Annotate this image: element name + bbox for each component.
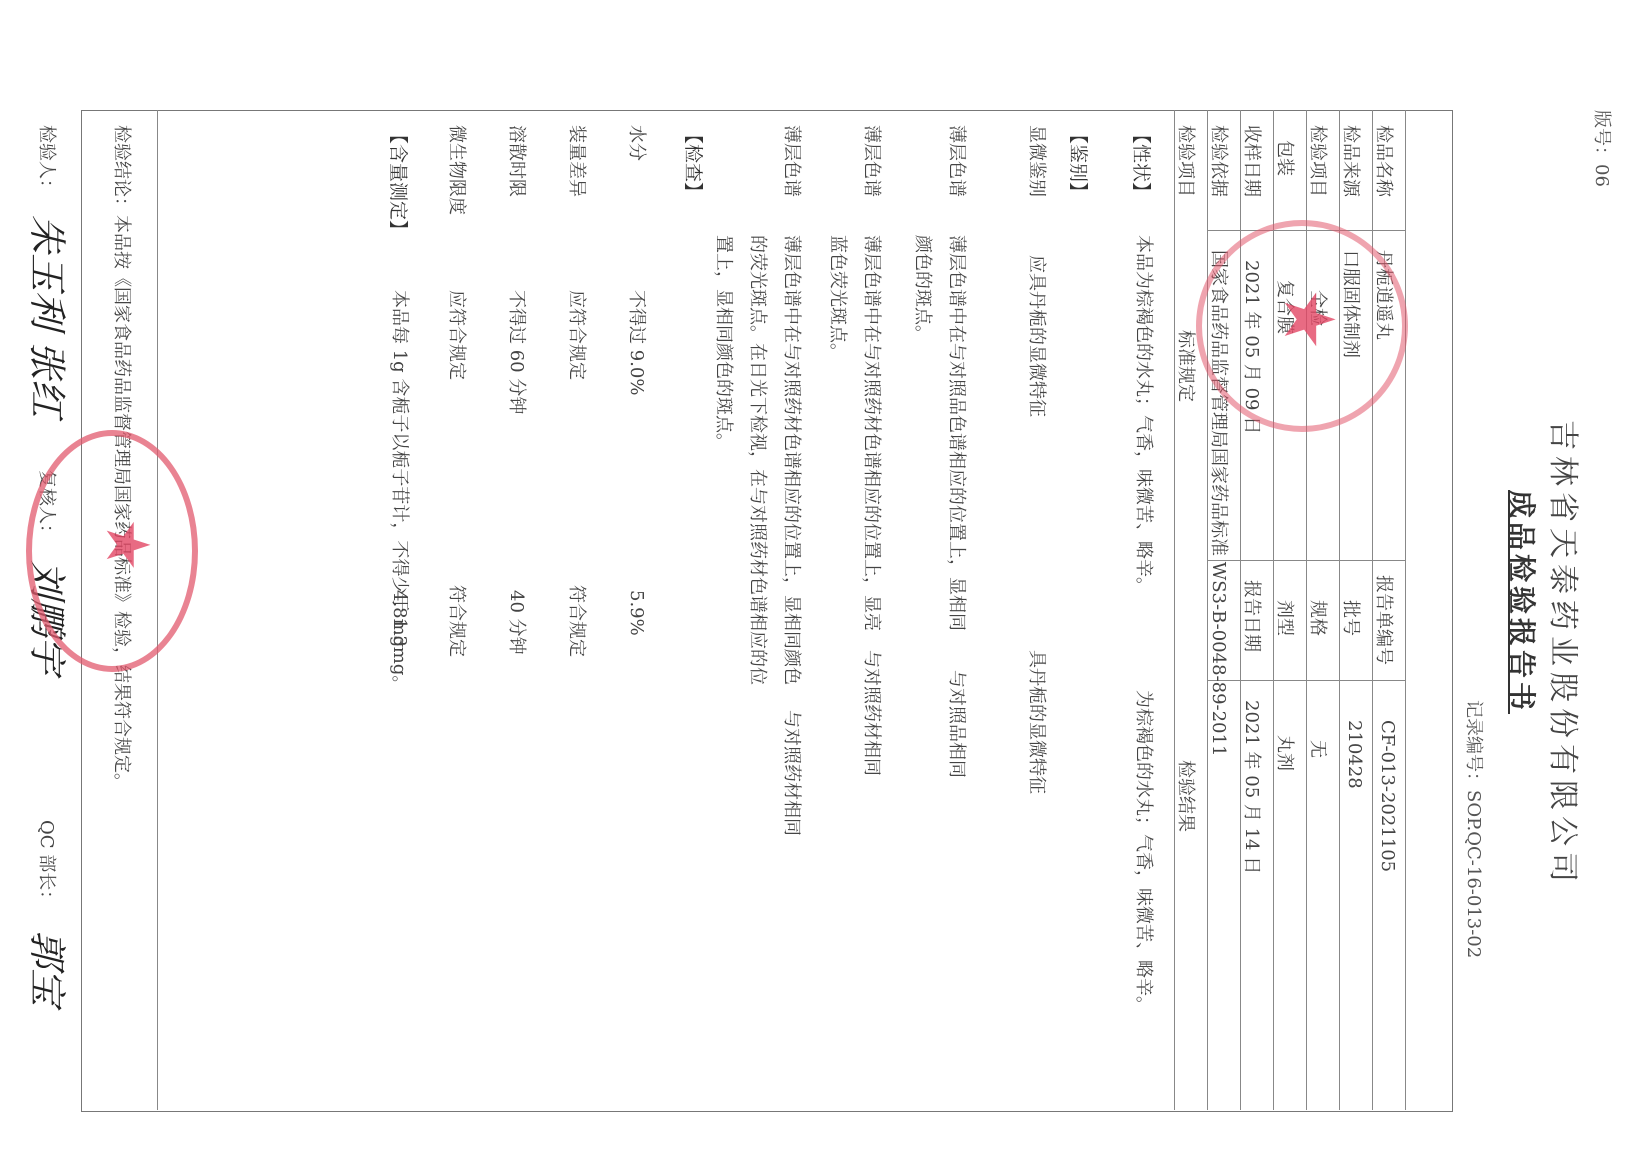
standard-moisture: 不得过 9.0%	[619, 290, 653, 395]
qc-head-label: QC 部长：	[29, 820, 63, 908]
item-microscopic: 显微鉴别	[1019, 125, 1053, 197]
qc-department-stamp: ★	[26, 430, 198, 672]
report-page: 版号：06 吉林省天泰药业股份有限公司 成品检验报告书 记录编号：SOP.QC-…	[0, 0, 1638, 1158]
value-spec: 无	[1306, 740, 1332, 758]
label-batch: 批号	[1339, 600, 1365, 636]
qc-head-signature: 郭宝	[23, 930, 78, 1006]
item-weight-variation: 装量差异	[559, 125, 593, 197]
standard-tlc-2: 薄层色谱中在与对照药材色谱相应的位置上，显亮蓝色荧光斑点。	[820, 235, 888, 645]
label-dosage-form: 剂型	[1273, 600, 1299, 636]
report-title: 成品检验报告书	[1503, 490, 1543, 714]
section-assay: 【含量测定】	[386, 125, 413, 239]
label-package: 包装	[1273, 140, 1299, 176]
value-report-no: CF-013-2021105	[1377, 720, 1398, 872]
inspector-signature: 朱玉利 张红	[23, 215, 78, 417]
result-tlc-2: 与对照药材相同	[854, 650, 888, 776]
standard-weight-variation: 应符合规定	[559, 290, 593, 380]
label-report-date: 报告日期	[1240, 580, 1266, 652]
standard-microbial: 应符合规定	[439, 290, 473, 380]
label-receive-date: 收样日期	[1240, 125, 1266, 197]
result-appearance: 为棕褐色的水丸；气香，味微苦、略辛。	[1126, 690, 1160, 1090]
label-spec: 规格	[1306, 600, 1332, 636]
result-weight-variation: 符合规定	[559, 585, 593, 657]
section-inspection: 【检查】	[681, 125, 708, 201]
value-batch: 210428	[1344, 720, 1365, 789]
result-moisture: 5.9%	[619, 590, 653, 636]
item-tlc-3: 薄层色谱	[774, 125, 808, 197]
label-test-items: 检验项目	[1306, 125, 1332, 197]
label-basis: 检验依据	[1207, 125, 1233, 197]
item-tlc-2: 薄层色谱	[854, 125, 888, 197]
item-tlc-1: 薄层色谱	[939, 125, 973, 197]
stamp-star-icon: ★	[1268, 288, 1350, 351]
inspector-label: 检验人：	[29, 125, 63, 197]
result-tlc-1: 与对照品相同	[939, 670, 973, 778]
label-report-no: 报告单编号	[1372, 575, 1398, 665]
version-number: 版号：06	[1590, 110, 1616, 187]
column-header-result: 检验结果	[1174, 760, 1200, 832]
label-product-name: 检品名称	[1372, 125, 1398, 197]
item-moisture: 水分	[619, 125, 653, 161]
section-identification: 【鉴别】	[1066, 125, 1093, 201]
result-assay: 4.8mg	[382, 590, 416, 647]
value-report-date: 2021 年 05 月 14 日	[1240, 700, 1266, 874]
company-name: 吉林省天泰药业股份有限公司	[1544, 420, 1588, 888]
standard-microscopic: 应具丹栀的显微特征	[1019, 255, 1053, 417]
inspection-stamp: ★	[1196, 220, 1408, 432]
item-microbial: 微生物限度	[439, 125, 473, 215]
column-header-item: 检验项目	[1174, 125, 1200, 197]
label-source: 检品来源	[1339, 125, 1365, 197]
standard-appearance: 本品为棕褐色的水丸；气香，味微苦、略辛。	[1126, 235, 1160, 595]
standard-disintegration: 不得过 60 分钟	[499, 290, 533, 414]
standard-tlc-1: 薄层色谱中在与对照品色谱相应的位置上，显相同颜色的斑点。	[905, 235, 973, 645]
result-microscopic: 具丹栀的显微特征	[1019, 650, 1053, 794]
item-disintegration: 溶散时限	[499, 125, 533, 197]
result-microbial: 符合规定	[439, 585, 473, 657]
value-dosage-form: 丸剂	[1273, 735, 1299, 771]
record-number: 记录编号：SOP.QC-16-013-02	[1462, 700, 1488, 958]
result-tlc-3: 与对照药材相同	[774, 710, 808, 836]
standard-tlc-3: 薄层色谱中在与对照药材色谱相应的位置上，显相同颜色的荧光斑点。在日光下检视，在与…	[706, 235, 808, 695]
section-appearance: 【性状】	[1129, 125, 1156, 201]
result-disintegration: 40 分钟	[499, 590, 533, 655]
stamp-star-icon: ★	[92, 518, 162, 572]
